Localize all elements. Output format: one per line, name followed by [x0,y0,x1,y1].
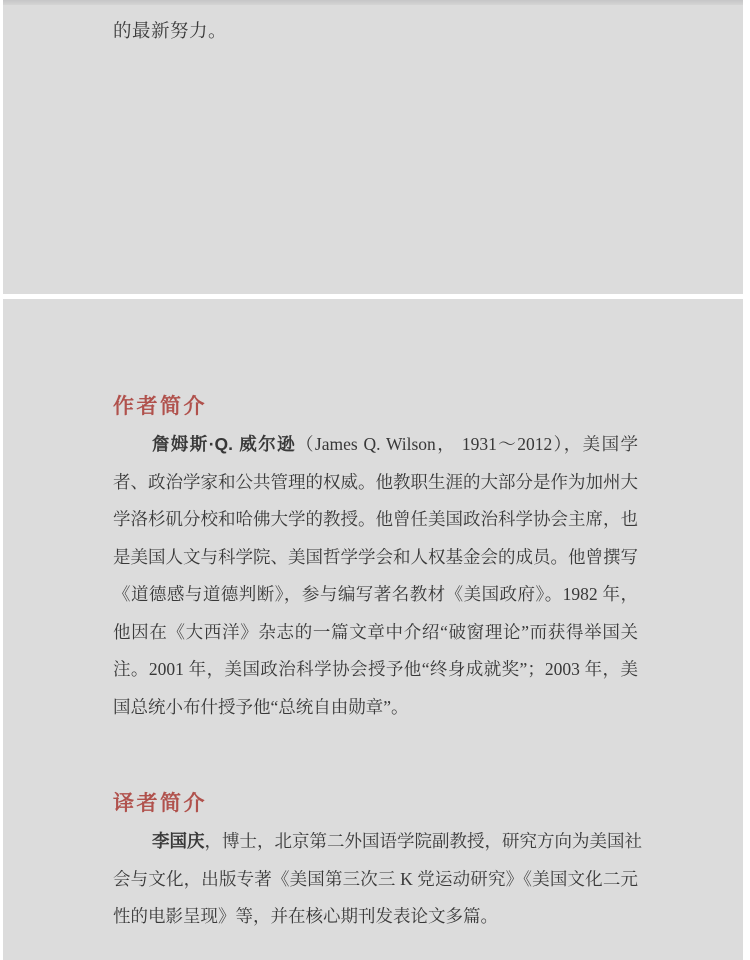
book-detail-page: 的最新努力。 作者简介 詹姆斯·Q. 威尔逊（James Q. Wilson， … [0,0,750,960]
translator-intro-paragraph: 李国庆，博士，北京第二外国语学院副教授，研究方向为美国社 会与文化，出版专著《美… [113,823,638,936]
scan-image-main: 作者简介 詹姆斯·Q. 威尔逊（James Q. Wilson， 1931～20… [3,299,743,960]
paragraph-line: 《道德感与道德判断》，参与编写著名教材《美国政府》。1982 年， [113,576,638,614]
translator-name: 李国庆 [152,831,205,851]
paragraph-line: 詹姆斯·Q. 威尔逊（James Q. Wilson， 1931～2012），美… [113,426,638,464]
author-name: 詹姆斯·Q. 威尔逊 [152,434,296,454]
paragraph-line: 注。2001 年，美国政治科学协会授予他“终身成就奖”；2003 年，美 [113,651,638,689]
paragraph-line: 性的电影呈现》等，并在核心期刊发表论文多篇。 [113,898,638,936]
paragraph-line-text: ，博士，北京第二外国语学院副教授，研究方向为美国社 [205,831,643,851]
paragraph-line: 学洛杉矶分校和哈佛大学的教授。他曾任美国政治科学协会主席，也 [113,501,638,539]
paragraph-line: 国总统小布什授予他“总统自由勋章”。 [113,689,638,727]
paragraph-line-text: （James Q. Wilson， 1931～2012），美国学 [296,434,638,454]
author-intro-paragraph: 詹姆斯·Q. 威尔逊（James Q. Wilson， 1931～2012），美… [113,426,638,726]
paragraph-line: 者、政治学家和公共管理的权威。他教职生涯的大部分是作为加州大 [113,464,638,502]
paragraph-line: 李国庆，博士，北京第二外国语学院副教授，研究方向为美国社 [113,823,638,861]
translator-intro-heading: 译者简介 [113,787,207,817]
trailing-paragraph-line: 的最新努力。 [113,17,227,43]
author-intro-heading: 作者简介 [113,390,207,420]
paragraph-line: 他因在《大西洋》杂志的一篇文章中介绍“破窗理论”而获得举国关 [113,614,638,652]
cropped-text-remnant [3,0,743,5]
paragraph-line: 是美国人文与科学院、美国哲学学会和人权基金会的成员。他曾撰写 [113,539,638,577]
paragraph-line: 会与文化，出版专著《美国第三次三 K 党运动研究》《美国文化二元 [113,861,638,899]
scan-image-top: 的最新努力。 [3,0,743,294]
